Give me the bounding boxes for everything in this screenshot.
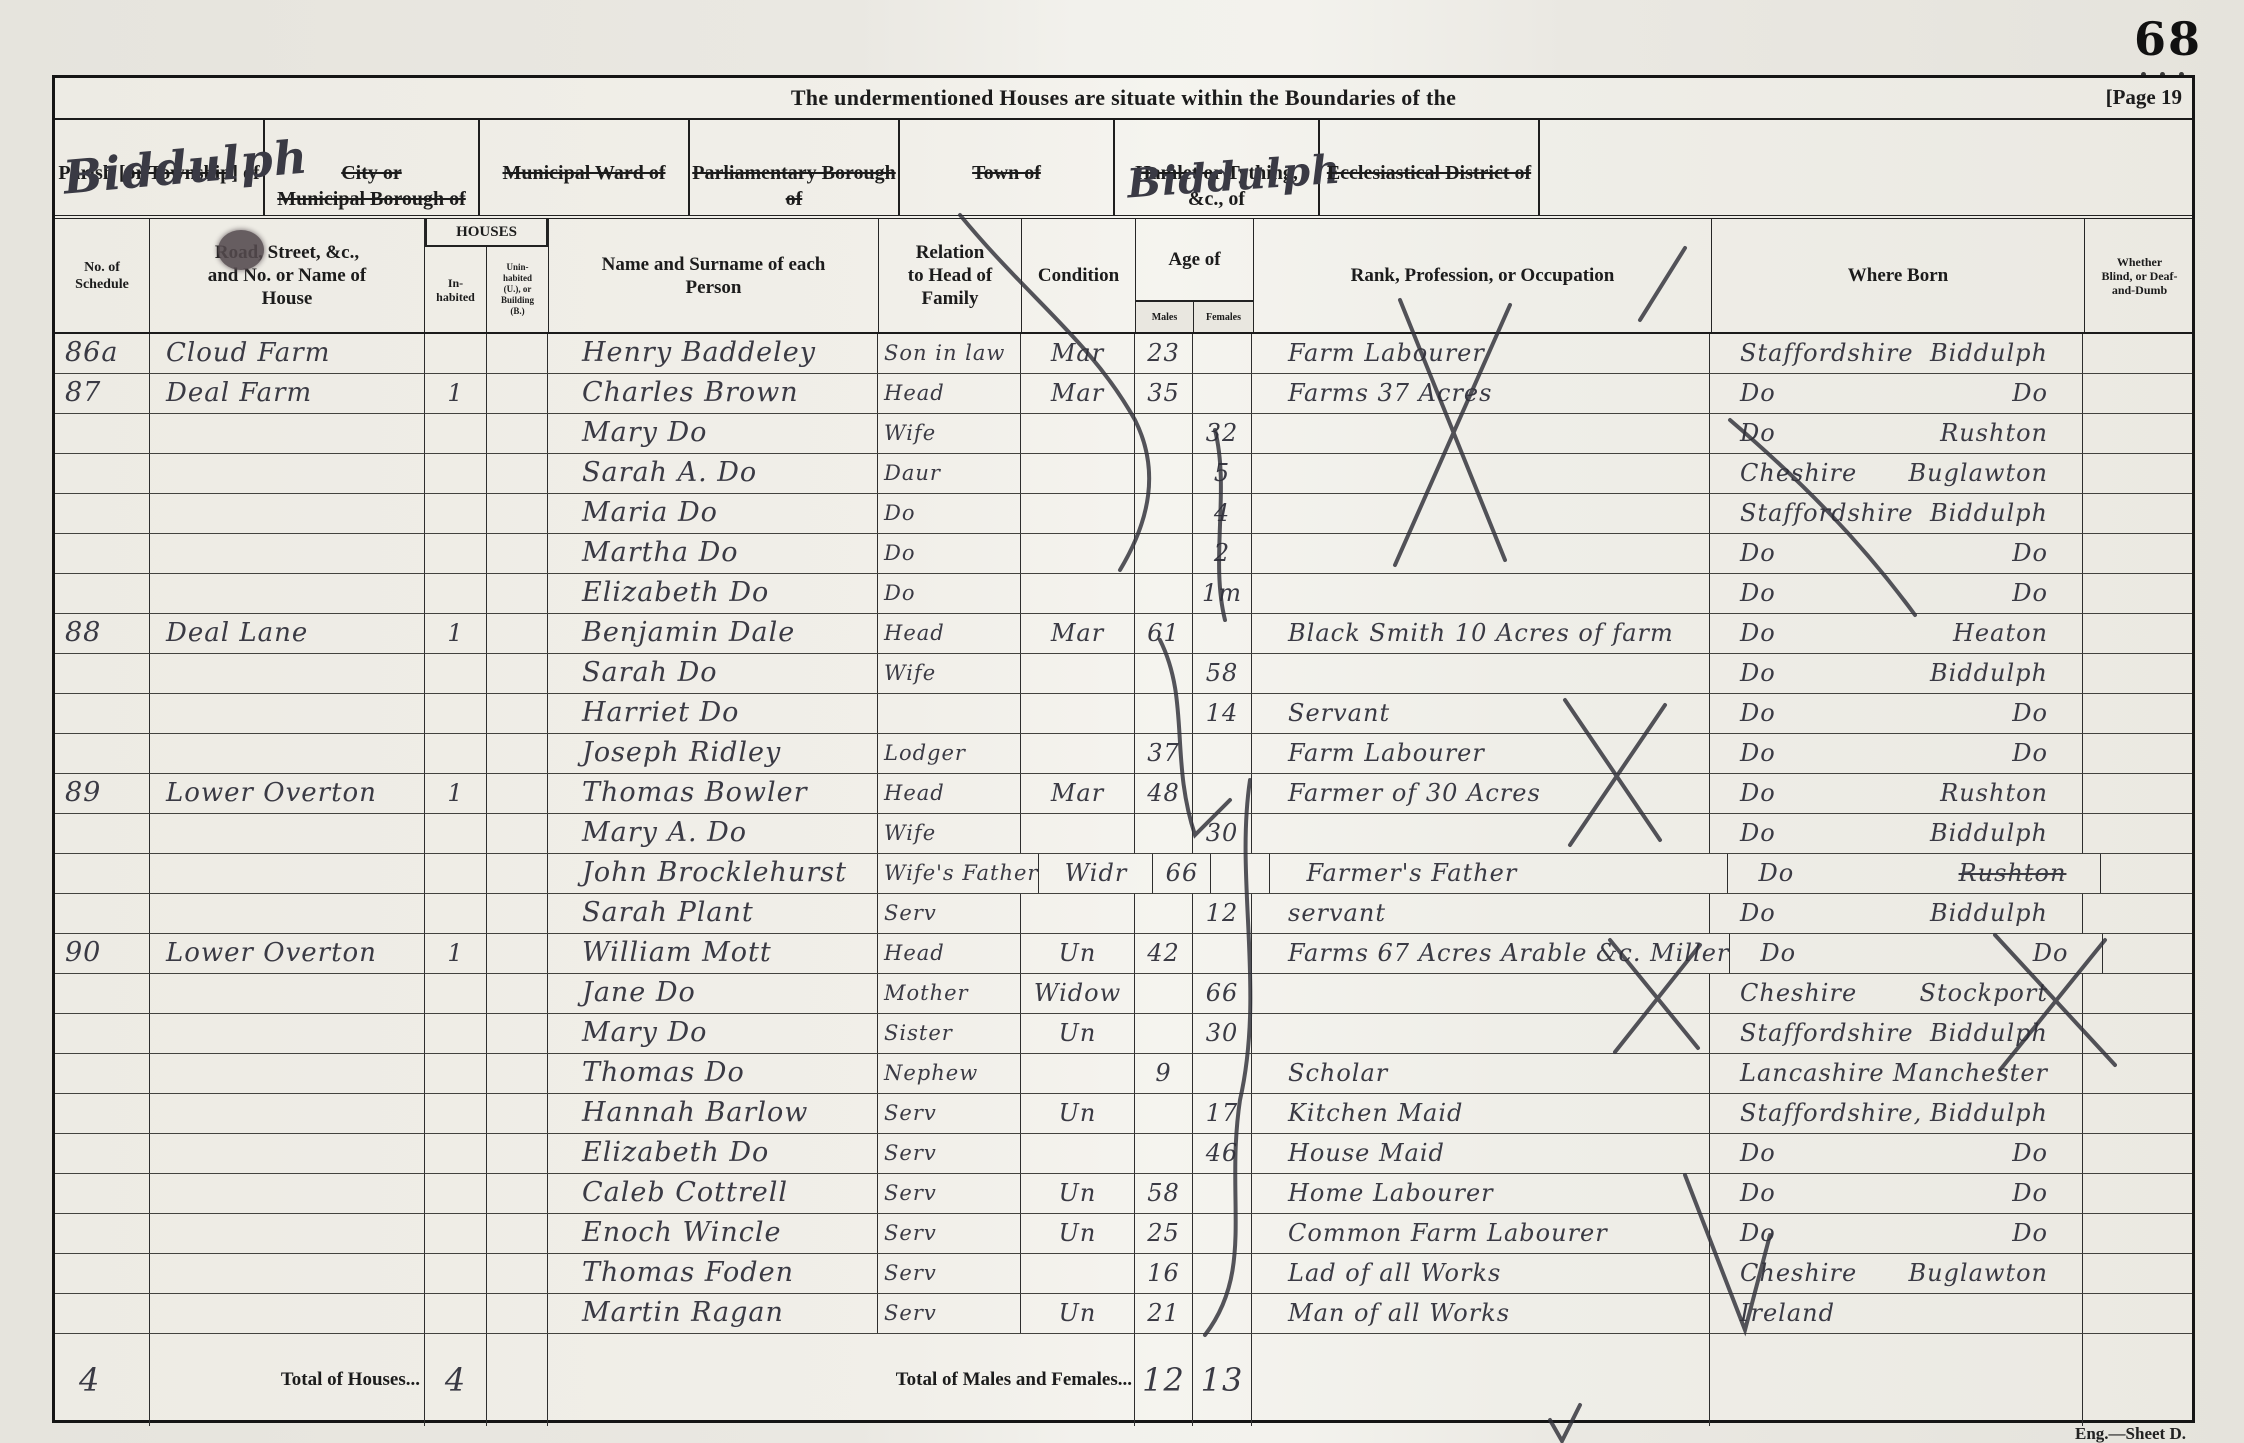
cell-schedule: [55, 734, 150, 773]
cell-condition: [1021, 734, 1135, 773]
cell-occupation: Farm Labourer: [1252, 734, 1710, 773]
cell-born: DoBiddulph: [1710, 654, 2083, 693]
cell-age_m: [1135, 414, 1193, 453]
cell-name: Thomas Bowler: [548, 774, 878, 813]
census-row: John BrocklehurstWife's FatherWidr66Farm…: [55, 854, 2192, 894]
totals-blind-cell: [2083, 1334, 2192, 1426]
cell-road: [150, 1014, 425, 1053]
cell-born: CheshireBuglawton: [1710, 454, 2083, 493]
census-row: 87Deal Farm1Charles BrownHeadMar35Farms …: [55, 374, 2192, 414]
census-row: Enoch WincleServUn25Common Farm Labourer…: [55, 1214, 2192, 1254]
cell-occupation: Man of all Works: [1252, 1294, 1710, 1333]
cell-uninhabited: [487, 334, 548, 373]
census-row: Mary A. DoWife30DoBiddulph: [55, 814, 2192, 854]
cell-born: DoRushton: [1728, 854, 2101, 893]
cell-relation: Head: [878, 774, 1021, 813]
census-page: 68 The undermentioned Houses are situate…: [0, 0, 2244, 1443]
cell-schedule: [55, 1294, 150, 1333]
cell-name: Mary A. Do: [548, 814, 878, 853]
cell-born: DoDo: [1710, 534, 2083, 573]
cell-relation: Nephew: [878, 1054, 1021, 1093]
cell-condition: Mar: [1021, 334, 1135, 373]
cell-road: [150, 454, 425, 493]
cell-name: Martha Do: [548, 534, 878, 573]
cell-age_m: 23: [1135, 334, 1193, 373]
parliamentary-borough-cell: Parliamentary Borough of: [690, 120, 900, 215]
census-row: 86aCloud FarmHenry BaddeleySon in lawMar…: [55, 334, 2192, 374]
cell-born: DoDo: [1710, 734, 2083, 773]
cell-road: [150, 814, 425, 853]
cell-condition: [1021, 1054, 1135, 1093]
census-row: Elizabeth DoDo1mDoDo: [55, 574, 2192, 614]
cell-age_m: [1135, 534, 1193, 573]
cell-age_f: 32: [1193, 414, 1252, 453]
cell-age_f: 46: [1193, 1134, 1252, 1173]
cell-age_f: 14: [1193, 694, 1252, 733]
cell-uninhabited: [487, 1094, 548, 1133]
cell-relation: Serv: [878, 1174, 1021, 1213]
cell-blind: [2083, 574, 2192, 613]
totals-occupation-cell: [1252, 1334, 1710, 1426]
cell-age_f: [1193, 334, 1252, 373]
cell-inhabited: 1: [425, 614, 487, 653]
cell-occupation: Servant: [1252, 694, 1710, 733]
cell-age_f: 2: [1193, 534, 1252, 573]
cell-relation: Do: [878, 494, 1021, 533]
census-row: 89Lower Overton1Thomas BowlerHeadMar48Fa…: [55, 774, 2192, 814]
cell-occupation: Farm Labourer: [1252, 334, 1710, 373]
cell-name: Hannah Barlow: [548, 1094, 878, 1133]
total-houses-label: Total of Houses...: [150, 1334, 425, 1426]
cell-blind: [2083, 734, 2192, 773]
cell-schedule: [55, 894, 150, 933]
cell-relation: Head: [878, 374, 1021, 413]
cell-schedule: [55, 494, 150, 533]
census-row: Sarah A. DoDaur5CheshireBuglawton: [55, 454, 2192, 494]
cell-age_f: [1193, 1054, 1252, 1093]
cell-inhabited: [425, 1134, 487, 1173]
totals-row: 4 Total of Houses... 4 Total of Males an…: [55, 1334, 2192, 1426]
cell-condition: Mar: [1021, 614, 1135, 653]
col-age-group: Age of Males Females: [1136, 219, 1254, 332]
city-borough-cell: City or Municipal Borough of: [265, 120, 480, 215]
cell-occupation: [1252, 974, 1710, 1013]
cell-blind: [2083, 454, 2192, 493]
cell-uninhabited: [487, 374, 548, 413]
cell-age_m: [1135, 454, 1193, 493]
cell-road: [150, 574, 425, 613]
col-condition: Condition: [1022, 219, 1136, 332]
cell-condition: [1021, 654, 1135, 693]
cell-occupation: Scholar: [1252, 1054, 1710, 1093]
cell-age_f: 66: [1193, 974, 1252, 1013]
cell-age_m: 61: [1135, 614, 1193, 653]
cell-name: Jane Do: [548, 974, 878, 1013]
cell-schedule: 86a: [55, 334, 150, 373]
cell-age_m: [1135, 1134, 1193, 1173]
cell-age_m: [1135, 974, 1193, 1013]
cell-schedule: [55, 1014, 150, 1053]
cell-age_f: 30: [1193, 814, 1252, 853]
cell-age_m: [1135, 494, 1193, 533]
census-row: Maria DoDo4StaffordshireBiddulph: [55, 494, 2192, 534]
cell-occupation: Farms 67 Acres Arable &c. Miller: [1252, 934, 1730, 973]
cell-age_m: 48: [1135, 774, 1193, 813]
cell-occupation: [1252, 1014, 1710, 1053]
parliamentary-borough-label: Parliamentary Borough of: [692, 162, 896, 210]
cell-inhabited: 1: [425, 374, 487, 413]
cell-occupation: Common Farm Labourer: [1252, 1214, 1710, 1253]
cell-road: [150, 494, 425, 533]
cell-age_f: 5: [1193, 454, 1252, 493]
cell-schedule: [55, 1214, 150, 1253]
col-males: Males: [1136, 302, 1194, 332]
cell-condition: Un: [1021, 934, 1135, 973]
cell-uninhabited: [487, 894, 548, 933]
page-number: 68: [2134, 12, 2202, 66]
cell-blind: [2083, 1054, 2192, 1093]
cell-relation: Serv: [878, 1294, 1021, 1333]
cell-uninhabited: [487, 1134, 548, 1173]
cell-inhabited: [425, 1294, 487, 1333]
cell-age_f: 58: [1193, 654, 1252, 693]
cell-occupation: [1252, 454, 1710, 493]
cell-age_m: [1135, 894, 1193, 933]
total-females-value: 13: [1193, 1334, 1252, 1426]
cell-age_m: 37: [1135, 734, 1193, 773]
cell-occupation: [1252, 654, 1710, 693]
cell-uninhabited: [487, 1014, 548, 1053]
parish-cell: Parish [or Township] of Biddulph: [55, 120, 265, 215]
cell-born: Staffordshire,Biddulph: [1710, 1094, 2083, 1133]
cell-relation: Serv: [878, 1094, 1021, 1133]
cell-schedule: [55, 974, 150, 1013]
col-name: Name and Surname of each Person: [549, 219, 879, 332]
cell-occupation: [1252, 814, 1710, 853]
cell-born: CheshireBuglawton: [1710, 1254, 2083, 1293]
cell-age_f: [1211, 854, 1270, 893]
cell-condition: [1021, 894, 1135, 933]
cell-relation: Serv: [878, 1254, 1021, 1293]
col-occupation: Rank, Profession, or Occupation: [1254, 219, 1712, 332]
cell-age_f: [1193, 374, 1252, 413]
cell-age_f: 17: [1193, 1094, 1252, 1133]
cell-road: Cloud Farm: [150, 334, 425, 373]
cell-relation: Wife: [878, 414, 1021, 453]
cell-blind: [2083, 894, 2192, 933]
cell-inhabited: [425, 854, 487, 893]
col-relation: Relation to Head of Family: [879, 219, 1022, 332]
cell-age_f: [1193, 774, 1252, 813]
cell-born: DoHeaton: [1710, 614, 2083, 653]
cell-occupation: Farmer's Father: [1270, 854, 1728, 893]
cell-relation: Serv: [878, 1214, 1021, 1253]
cell-condition: [1021, 1254, 1135, 1293]
col-age: Age of: [1136, 219, 1253, 300]
cell-occupation: [1252, 414, 1710, 453]
cell-uninhabited: [487, 1054, 548, 1093]
cell-condition: [1021, 1134, 1135, 1173]
cell-inhabited: [425, 1014, 487, 1053]
cell-road: [150, 854, 425, 893]
ecclesiastical-district-label: Ecclesiastical District of: [1327, 162, 1531, 184]
cell-age_m: [1135, 1014, 1193, 1053]
cell-inhabited: [425, 1214, 487, 1253]
cell-blind: [2083, 814, 2192, 853]
census-row: Elizabeth DoServ46House MaidDoDo: [55, 1134, 2192, 1174]
col-houses: HOUSES: [425, 219, 548, 247]
cell-blind: [2083, 1294, 2192, 1333]
cell-uninhabited: [487, 454, 548, 493]
cell-road: [150, 1134, 425, 1173]
cell-schedule: [55, 534, 150, 573]
cell-blind: [2083, 694, 2192, 733]
municipal-ward-cell: Municipal Ward of: [480, 120, 690, 215]
cell-born: DoDo: [1710, 1134, 2083, 1173]
census-row: Sarah DoWife58DoBiddulph: [55, 654, 2192, 694]
cell-relation: Do: [878, 534, 1021, 573]
cell-occupation: [1252, 534, 1710, 573]
cell-condition: Un: [1021, 1214, 1135, 1253]
cell-inhabited: [425, 414, 487, 453]
cell-inhabited: [425, 574, 487, 613]
cell-schedule: [55, 1134, 150, 1173]
cell-inhabited: [425, 894, 487, 933]
cell-inhabited: [425, 454, 487, 493]
cell-inhabited: [425, 1094, 487, 1133]
cell-name: Mary Do: [548, 1014, 878, 1053]
census-row: 90Lower Overton1William MottHeadUn42Farm…: [55, 934, 2192, 974]
cell-name: Joseph Ridley: [548, 734, 878, 773]
cell-age_f: [1193, 734, 1252, 773]
cell-inhabited: [425, 734, 487, 773]
cell-schedule: 89: [55, 774, 150, 813]
cell-condition: [1021, 814, 1135, 853]
census-row: Martha DoDo2DoDo: [55, 534, 2192, 574]
cell-age_m: 25: [1135, 1214, 1193, 1253]
col-schedule: No. of Schedule: [55, 219, 150, 332]
ecclesiastical-district-cell: Ecclesiastical District of: [1320, 120, 1540, 215]
hamlet-value: Biddulph: [1126, 157, 1342, 198]
cell-occupation: House Maid: [1252, 1134, 1710, 1173]
cell-blind: [2083, 614, 2192, 653]
cell-age_f: [1193, 1294, 1252, 1333]
cell-age_m: 9: [1135, 1054, 1193, 1093]
cell-age_f: [1193, 614, 1252, 653]
cell-occupation: Lad of all Works: [1252, 1254, 1710, 1293]
cell-born: DoDo: [1710, 1174, 2083, 1213]
cell-road: Deal Lane: [150, 614, 425, 653]
census-row: 88Deal Lane1Benjamin DaleHeadMar61Black …: [55, 614, 2192, 654]
census-row: Harriet Do14ServantDoDo: [55, 694, 2192, 734]
cell-blind: [2083, 1254, 2192, 1293]
cell-road: [150, 1054, 425, 1093]
sheet-footer: Eng.—Sheet D.: [2075, 1424, 2186, 1443]
cell-schedule: 88: [55, 614, 150, 653]
cell-age_f: 30: [1193, 1014, 1252, 1053]
cell-name: Elizabeth Do: [548, 574, 878, 613]
cell-relation: Sister: [878, 1014, 1021, 1053]
cell-age_m: [1135, 694, 1193, 733]
cell-condition: [1021, 454, 1135, 493]
cell-road: [150, 974, 425, 1013]
cell-condition: Widow: [1021, 974, 1135, 1013]
cell-relation: Wife: [878, 654, 1021, 693]
cell-name: Sarah Plant: [548, 894, 878, 933]
cell-age_m: 35: [1135, 374, 1193, 413]
col-where-born: Where Born: [1712, 219, 2085, 332]
cell-born: DoDo: [1710, 1214, 2083, 1253]
census-row: Jane DoMotherWidow66CheshireStockport: [55, 974, 2192, 1014]
cell-name: William Mott: [548, 934, 878, 973]
town-label: Town of: [972, 162, 1041, 184]
cell-blind: [2083, 1174, 2192, 1213]
cell-name: Elizabeth Do: [548, 1134, 878, 1173]
cell-blind: [2083, 1134, 2192, 1173]
cell-born: StaffordshireBiddulph: [1710, 334, 2083, 373]
col-road: Road, Street, &c., and No. or Name of Ho…: [150, 219, 425, 332]
census-row: Mary DoWife32DoRushton: [55, 414, 2192, 454]
cell-name: Harriet Do: [548, 694, 878, 733]
cell-name: Sarah A. Do: [548, 454, 878, 493]
cell-blind: [2083, 414, 2192, 453]
cell-road: Deal Farm: [150, 374, 425, 413]
cell-schedule: [55, 814, 150, 853]
cell-schedule: 90: [55, 934, 150, 973]
cell-relation: Daur: [878, 454, 1021, 493]
cell-born: DoRushton: [1710, 774, 2083, 813]
cell-born: DoDo: [1710, 694, 2083, 733]
cell-uninhabited: [487, 774, 548, 813]
cell-born: CheshireStockport: [1710, 974, 2083, 1013]
census-row: Joseph RidleyLodger37Farm LabourerDoDo: [55, 734, 2192, 774]
cell-blind: [2083, 374, 2192, 413]
cell-relation: Son in law: [878, 334, 1021, 373]
cell-condition: [1021, 574, 1135, 613]
cell-born: Ireland: [1710, 1294, 2083, 1333]
total-houses-value: 4: [425, 1334, 487, 1426]
cell-age_m: 58: [1135, 1174, 1193, 1213]
cell-blind: [2083, 1214, 2192, 1253]
cell-age_f: [1193, 1214, 1252, 1253]
totals-uninhabited-cell: [487, 1334, 548, 1426]
district-band-spacer: [1540, 120, 2192, 215]
cell-born: DoDo: [1710, 374, 2083, 413]
cell-schedule: 87: [55, 374, 150, 413]
cell-born: DoRushton: [1710, 414, 2083, 453]
cell-condition: [1021, 694, 1135, 733]
cell-born: DoDo: [1710, 574, 2083, 613]
cell-uninhabited: [487, 694, 548, 733]
cell-name: Enoch Wincle: [548, 1214, 878, 1253]
census-table-body: 86aCloud FarmHenry BaddeleySon in lawMar…: [55, 334, 2192, 1334]
cell-schedule: [55, 854, 150, 893]
cell-inhabited: [425, 1254, 487, 1293]
cell-inhabited: 1: [425, 774, 487, 813]
cell-relation: Head: [878, 934, 1021, 973]
cell-age_f: 1m: [1193, 574, 1252, 613]
cell-relation: Wife: [878, 814, 1021, 853]
census-sheet: The undermentioned Houses are situate wi…: [52, 75, 2195, 1423]
cell-inhabited: 1: [425, 934, 487, 973]
cell-born: DoBiddulph: [1710, 814, 2083, 853]
cell-inhabited: [425, 1054, 487, 1093]
cell-uninhabited: [487, 1294, 548, 1333]
cell-inhabited: [425, 334, 487, 373]
census-row: Sarah PlantServ12servantDoBiddulph: [55, 894, 2192, 934]
cell-age_f: 4: [1193, 494, 1252, 533]
cell-condition: Un: [1021, 1094, 1135, 1133]
cell-name: Thomas Foden: [548, 1254, 878, 1293]
sheet-title: The undermentioned Houses are situate wi…: [791, 85, 1456, 111]
cell-uninhabited: [487, 494, 548, 533]
cell-uninhabited: [487, 574, 548, 613]
cell-inhabited: [425, 974, 487, 1013]
cell-road: [150, 1174, 425, 1213]
cell-age_m: [1135, 814, 1193, 853]
cell-name: Benjamin Dale: [548, 614, 878, 653]
cell-occupation: [1252, 494, 1710, 533]
cell-blind: [2083, 1094, 2192, 1133]
totals-schedule-mark: 4: [55, 1334, 150, 1426]
cell-road: [150, 1214, 425, 1253]
cell-age_m: 21: [1135, 1294, 1193, 1333]
cell-name: Mary Do: [548, 414, 878, 453]
column-header-row: No. of Schedule Road, Street, &c., and N…: [55, 219, 2192, 334]
cell-name: Caleb Cottrell: [548, 1174, 878, 1213]
cell-blind: [2103, 934, 2212, 973]
cell-condition: [1021, 534, 1135, 573]
col-blind-deaf: Whether Blind, or Deaf- and-Dumb: [2085, 219, 2194, 332]
totals-born-cell: [1710, 1334, 2083, 1426]
cell-inhabited: [425, 534, 487, 573]
cell-occupation: Farms 37 Acres: [1252, 374, 1710, 413]
cell-condition: Un: [1021, 1014, 1135, 1053]
cell-born: LancashireManchester: [1710, 1054, 2083, 1093]
cell-road: [150, 1294, 425, 1333]
cell-occupation: [1252, 574, 1710, 613]
district-header-band: Parish [or Township] of Biddulph City or…: [55, 120, 2192, 219]
cell-occupation: Black Smith 10 Acres of farm: [1252, 614, 1710, 653]
cell-born: DoDo: [1730, 934, 2103, 973]
cell-relation: Wife's Father: [878, 854, 1039, 893]
cell-occupation: Farmer of 30 Acres: [1252, 774, 1710, 813]
cell-uninhabited: [487, 654, 548, 693]
cell-relation: Serv: [878, 894, 1021, 933]
cell-condition: [1021, 414, 1135, 453]
cell-born: StaffordshireBiddulph: [1710, 494, 2083, 533]
cell-road: [150, 414, 425, 453]
cell-condition: [1021, 494, 1135, 533]
cell-age_f: [1193, 934, 1252, 973]
census-row: Caleb CottrellServUn58Home LabourerDoDo: [55, 1174, 2192, 1214]
cell-schedule: [55, 414, 150, 453]
cell-name: John Brocklehurst: [548, 854, 878, 893]
cell-road: [150, 534, 425, 573]
cell-uninhabited: [487, 814, 548, 853]
cell-relation: Head: [878, 614, 1021, 653]
cell-blind: [2083, 1014, 2192, 1053]
cell-inhabited: [425, 1174, 487, 1213]
cell-occupation: servant: [1252, 894, 1710, 933]
cell-road: [150, 1254, 425, 1293]
cell-age_m: 42: [1135, 934, 1193, 973]
cell-uninhabited: [487, 974, 548, 1013]
col-houses-group: HOUSES In- habited Unin- habited (U.), o…: [425, 219, 549, 332]
cell-uninhabited: [487, 414, 548, 453]
total-males-value: 12: [1135, 1334, 1193, 1426]
cell-relation: Do: [878, 574, 1021, 613]
